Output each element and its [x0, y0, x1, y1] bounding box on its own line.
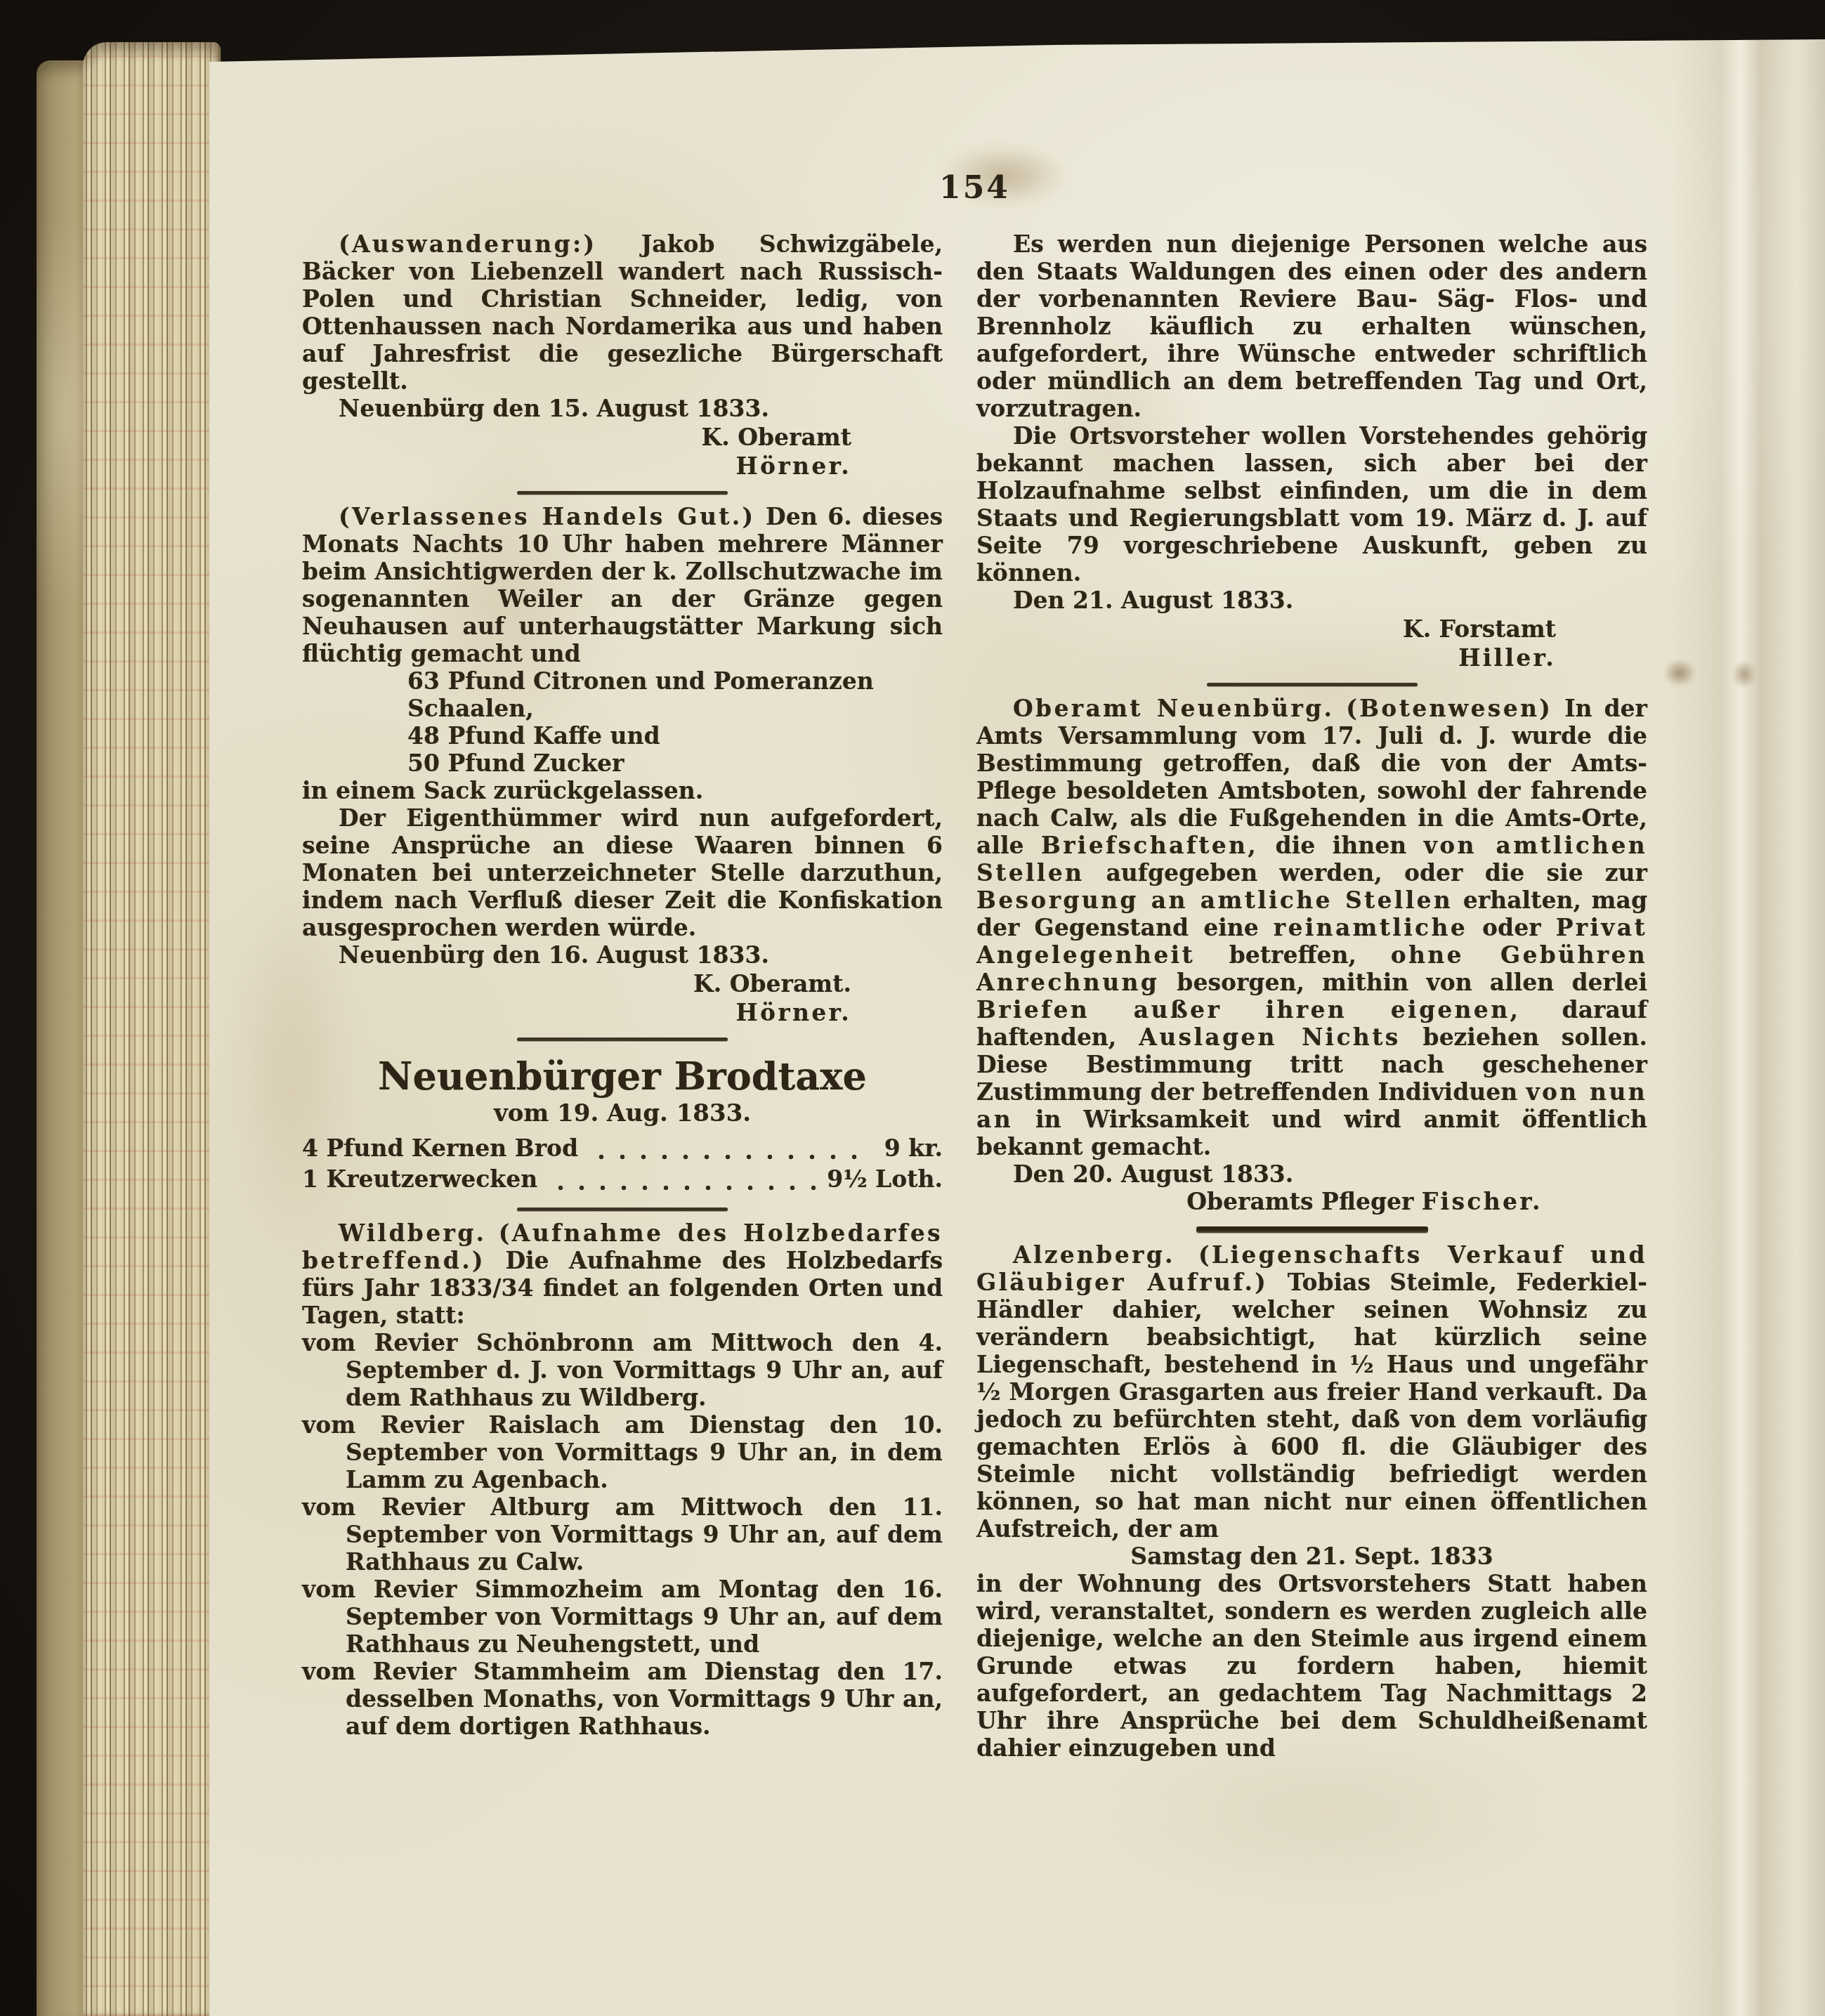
- text-run: Neuenbürg den 16. August 1833.: [339, 941, 769, 969]
- paragraph: in einem Sack zurückgelassen.: [302, 777, 943, 804]
- emphasized-text-run: (Botenwesen): [1346, 695, 1552, 722]
- paragraph: Wildberg. (Aufnahme des Holzbedarfes bet…: [302, 1219, 943, 1329]
- emphasized-text-run: Briefschaften,: [1041, 832, 1258, 859]
- section-divider: [517, 1207, 728, 1211]
- left-column: (Auswanderung:) Jakob Schwizgäbele, Bäck…: [302, 230, 943, 1762]
- emphasized-text-run: (Verlassenes Handels Gut.): [339, 503, 755, 530]
- section-divider: [517, 1038, 728, 1041]
- text-run: besorgen, mithin von allen derlei: [1159, 969, 1647, 996]
- text-run: betreffen,: [1195, 941, 1391, 969]
- price-label: 4 Pfund Kernen Brod: [302, 1134, 578, 1162]
- signature-line: K. Oberamt.: [302, 970, 851, 997]
- price-row: 1 Kreutzerwecken9½ Loth.: [302, 1165, 943, 1196]
- text-run: [486, 1219, 498, 1247]
- emphasized-text-run: Briefen außer ihren eigenen,: [976, 996, 1520, 1023]
- emphasized-text-run: Fischer.: [1422, 1188, 1543, 1215]
- paragraph: Den 20. August 1833.: [976, 1160, 1647, 1188]
- text-run: [1334, 695, 1346, 722]
- section-subheading: vom 19. Aug. 1833.: [302, 1100, 943, 1127]
- emphasized-text-run: Oberamt Neuenbürg.: [1013, 695, 1334, 722]
- page: 154 (Auswanderung:) Jakob Schwizgäbele, …: [0, 0, 1825, 2016]
- emphasized-text-run: Besorgung an amtliche Stellen: [976, 886, 1453, 914]
- signature-line: Hiller.: [976, 644, 1556, 672]
- paragraph: (Verlassenes Handels Gut.) Den 6. dieses…: [302, 503, 943, 667]
- text-run: in der Wohnung des Ortsvorstehers Statt …: [976, 1570, 1647, 1762]
- hanging-list-item: vom Revier Stammheim am Dienstag den 17.…: [302, 1658, 943, 1740]
- price-value: 9½ Loth.: [827, 1165, 943, 1193]
- emphasized-text-run: Auslagen Nichts: [1139, 1023, 1400, 1051]
- paragraph: Neuenbürg den 16. August 1833.: [302, 941, 943, 969]
- emphasized-text-run: (Auswanderung:): [339, 230, 596, 258]
- paragraph: (Auswanderung:) Jakob Schwizgäbele, Bäck…: [302, 230, 943, 395]
- hanging-list-item: vom Revier Simmozheim am Montag den 16. …: [302, 1576, 943, 1658]
- paper-stain: [1663, 659, 1696, 687]
- page-number: 154: [302, 170, 1647, 206]
- paragraph: Alzenberg. (Liegenschafts Verkauf und Gl…: [976, 1241, 1647, 1543]
- text-run: Die Ortsvorsteher wollen Vorstehendes ge…: [976, 422, 1647, 587]
- text-run: oder: [1467, 914, 1556, 941]
- paragraph: Den 21. August 1833.: [976, 587, 1647, 614]
- centered-line: Oberamts Pfleger Fischer.: [976, 1188, 1647, 1215]
- item-list: 63 Pfund Citronen und Pomeranzen Schaale…: [302, 667, 943, 777]
- text-run: Der Eigenthümmer wird nun aufgefordert, …: [302, 804, 943, 941]
- paragraph: Der Eigenthümmer wird nun aufgefordert, …: [302, 804, 943, 941]
- hanging-list-item: vom Revier Altburg am Mittwoch den 11. S…: [302, 1493, 943, 1576]
- section-divider-thick: [1196, 1226, 1428, 1233]
- text-run: Den 20. August 1833.: [1013, 1160, 1293, 1188]
- section-divider: [1207, 683, 1418, 686]
- signature-line: K. Forstamt: [976, 615, 1556, 643]
- text-run: Tobias Steimle, Federkiel-Händler dahier…: [976, 1269, 1647, 1543]
- price-value: 9 kr.: [884, 1134, 943, 1162]
- price-label: 1 Kreutzerwecken: [302, 1165, 537, 1193]
- paragraph: Es werden nun diejenige Personen welche …: [976, 230, 1647, 422]
- emphasized-text-run: Alzenberg.: [1013, 1241, 1175, 1269]
- paragraph: Oberamt Neuenbürg. (Botenwesen) In der A…: [976, 695, 1647, 1160]
- text-run: Samstag den 21. Sept. 1833: [1130, 1543, 1493, 1570]
- text-run: Den 21. August 1833.: [1013, 587, 1293, 614]
- paragraph: Die Ortsvorsteher wollen Vorstehendes ge…: [976, 422, 1647, 587]
- paragraph: Neuenbürg den 15. August 1833.: [302, 395, 943, 422]
- list-item: 63 Pfund Citronen und Pomeranzen Schaale…: [302, 667, 943, 722]
- signature-line: Hörner.: [302, 452, 851, 480]
- text-run: in Wirksamkeit und wird anmit öffentlich…: [976, 1106, 1647, 1160]
- text-run: in einem Sack zurückgelassen.: [302, 777, 703, 804]
- emphasized-text-run: reinamtliche: [1274, 914, 1467, 941]
- signature-line: Hörner.: [302, 999, 851, 1026]
- centered-line: Samstag den 21. Sept. 1833: [976, 1543, 1647, 1570]
- text-run: Es werden nun diejenige Personen welche …: [976, 230, 1647, 422]
- section-divider: [517, 491, 728, 495]
- dot-leader: [589, 1144, 873, 1165]
- text-run: die ihnen: [1258, 832, 1424, 859]
- paragraph: in der Wohnung des Ortsvorstehers Statt …: [976, 1570, 1647, 1762]
- list-item: 50 Pfund Zucker: [302, 750, 943, 777]
- right-column: Es werden nun diejenige Personen welche …: [976, 230, 1647, 1762]
- hanging-list-item: vom Revier Schönbronn am Mittwoch den 4.…: [302, 1329, 943, 1411]
- dot-leader: [549, 1175, 816, 1196]
- paper-stain: [1732, 660, 1756, 688]
- emphasized-text-run: Wildberg.: [339, 1219, 486, 1247]
- list-item: 48 Pfund Kaffe und: [302, 722, 943, 750]
- text-run: [1175, 1241, 1198, 1269]
- price-row: 4 Pfund Kernen Brod9 kr.: [302, 1134, 943, 1165]
- text-run: Oberamts Pfleger: [1186, 1188, 1422, 1215]
- text-run: Neuenbürg den 15. August 1833.: [339, 395, 769, 422]
- text-run: aufgegeben werden, oder die sie zur: [1084, 859, 1647, 886]
- signature-line: K. Oberamt: [302, 424, 851, 451]
- section-heading: Neuenbürger Brodtaxe: [302, 1054, 943, 1099]
- page-edge-stack: [83, 42, 221, 2016]
- text-area: (Auswanderung:) Jakob Schwizgäbele, Bäck…: [302, 230, 1647, 1762]
- book-scan-photo: 154 (Auswanderung:) Jakob Schwizgäbele, …: [0, 0, 1825, 2016]
- hanging-list-item: vom Revier Raislach am Dienstag den 10. …: [302, 1411, 943, 1493]
